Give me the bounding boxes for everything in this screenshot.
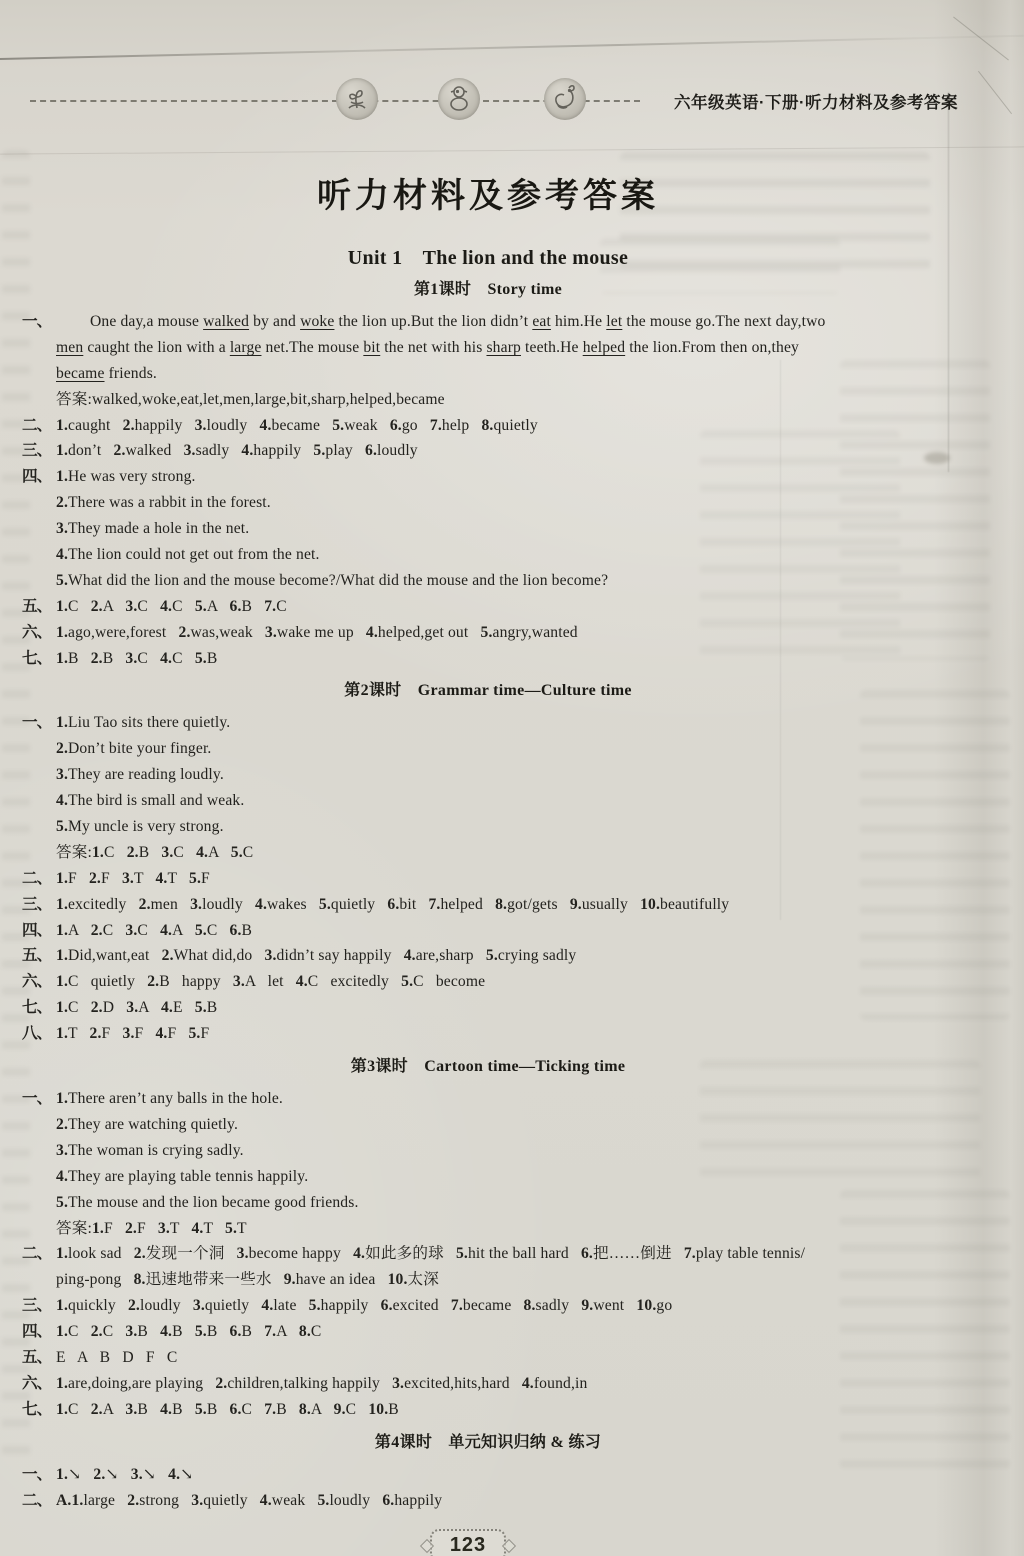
answer-line: 三、1.don’t 2.walked 3.sadly 4.happily 5.p… [22, 438, 954, 464]
section-marker: 一、 [22, 1086, 56, 1112]
answer-line: 五、1.Did,want,eat 2.What did,do 3.didn’t … [22, 943, 954, 969]
answer-text: men caught the lion with a large net.The… [56, 335, 799, 361]
section-marker: 五、 [22, 594, 56, 620]
answer-line: 5.What did the lion and the mouse become… [22, 568, 954, 594]
section-marker: 七、 [22, 995, 56, 1021]
answer-text: 1.don’t 2.walked 3.sadly 4.happily 5.pla… [56, 438, 418, 464]
answer-text: 4.The bird is small and weak. [56, 788, 244, 814]
answer-line: 二、A.1.large 2.strong 3.quietly 4.weak 5.… [22, 1488, 954, 1514]
running-head: 六年级英语·下册·听力材料及参考答案 [674, 89, 958, 113]
section-marker: 七、 [22, 646, 56, 672]
answer-text: 1.Liu Tao sits there quietly. [56, 710, 230, 736]
section-marker: 四、 [22, 1319, 56, 1345]
answer-line: 3.The woman is crying sadly. [22, 1138, 954, 1164]
page-header: 六年级英语·下册·听力材料及参考答案 [0, 78, 1024, 124]
section-marker: 五、 [22, 1345, 56, 1371]
answer-text: 1.excitedly 2.men 3.loudly 4.wakes 5.qui… [56, 892, 729, 918]
answer-line: 七、1.C 2.A 3.B 4.B 5.B 6.C 7.B 8.A 9.C 10… [22, 1397, 954, 1423]
answer-line: men caught the lion with a large net.The… [22, 335, 954, 361]
answer-line: 2.They are watching quietly. [22, 1112, 954, 1138]
answer-text: 1.F 2.F 3.T 4.T 5.F [56, 866, 210, 892]
answer-text: 1.T 2.F 3.F 4.F 5.F [56, 1021, 209, 1047]
answer-line: 2.Don’t bite your finger. [22, 736, 954, 762]
answer-line: 5.My uncle is very strong. [22, 814, 954, 840]
section-marker: 一、 [22, 309, 56, 335]
answer-line: 六、1.C quietly 2.B happy 3.A let 4.C exci… [22, 969, 954, 995]
answer-text: 1.caught 2.happily 3.loudly 4.became 5.w… [56, 413, 538, 439]
flower-stamp-icon [336, 78, 378, 120]
section-marker: 八、 [22, 1021, 56, 1047]
answer-line: 答案:1.F 2.F 3.T 4.T 5.T [22, 1216, 954, 1242]
answer-text: 答案:1.C 2.B 3.C 4.A 5.C [56, 840, 253, 866]
answer-text: 3.They are reading loudly. [56, 762, 224, 788]
answer-line: 4.The bird is small and weak. [22, 788, 954, 814]
section-marker: 二、 [22, 1488, 56, 1514]
section-marker: 三、 [22, 892, 56, 918]
answer-line: 一、1.Liu Tao sits there quietly. [22, 710, 954, 736]
section-marker: 三、 [22, 1293, 56, 1319]
answer-line: 四、1.He was very strong. [22, 464, 954, 490]
answer-text: 5.My uncle is very strong. [56, 814, 224, 840]
answer-text: 2.There was a rabbit in the forest. [56, 490, 271, 516]
answer-text: 1.He was very strong. [56, 464, 196, 490]
answer-line: 六、1.ago,were,forest 2.was,weak 3.wake me… [22, 620, 954, 646]
lesson-heading: 第3课时 Cartoon time—Ticking time [22, 1053, 954, 1076]
answer-text: 1.C 2.D 3.A 4.E 5.B [56, 995, 217, 1021]
answer-line: 二、1.F 2.F 3.T 4.T 5.F [22, 866, 954, 892]
section-marker: 六、 [22, 620, 56, 646]
answer-text: 1.↘ 2.↘ 3.↘ 4.↘ [56, 1462, 193, 1488]
lesson-heading: 第4课时 单元知识归纳 & 练习 [22, 1429, 954, 1452]
answer-line: 八、1.T 2.F 3.F 4.F 5.F [22, 1021, 954, 1047]
answer-line: 四、1.A 2.C 3.C 4.A 5.C 6.B [22, 918, 954, 944]
answer-line: 二、1.caught 2.happily 3.loudly 4.became 5… [22, 413, 954, 439]
answer-line: 三、1.quickly 2.loudly 3.quietly 4.late 5.… [22, 1293, 954, 1319]
lesson-heading: 第2课时 Grammar time—Culture time [22, 677, 954, 700]
answer-text: 4.The lion could not get out from the ne… [56, 542, 320, 568]
section-marker: 六、 [22, 969, 56, 995]
unit-title: Unit 1 The lion and the mouse [22, 241, 954, 270]
answer-text: 答案:1.F 2.F 3.T 4.T 5.T [56, 1216, 247, 1242]
answer-text: 1.look sad 2.发现一个洞 3.become happy 4.如此多的… [56, 1241, 805, 1267]
answer-line: 3.They made a hole in the net. [22, 516, 954, 542]
answer-text: 3.The woman is crying sadly. [56, 1138, 244, 1164]
answer-line: ping-pong 8.迅速地带来一些水 9.have an idea 10.太… [22, 1267, 954, 1293]
section-marker: 四、 [22, 464, 56, 490]
answer-text: 1.B 2.B 3.C 4.C 5.B [56, 646, 217, 672]
section-marker: 五、 [22, 943, 56, 969]
answer-text: 1.ago,were,forest 2.was,weak 3.wake me u… [56, 620, 578, 646]
lesson-heading: 第1课时 Story time [22, 276, 954, 299]
answer-text: One day,a mouse walked by and woke the l… [56, 309, 825, 335]
answer-line: 3.They are reading loudly. [22, 762, 954, 788]
section-marker: 二、 [22, 1241, 56, 1267]
answer-line: 5.The mouse and the lion became good fri… [22, 1190, 954, 1216]
answer-text: 答案:walked,woke,eat,let,men,large,bit,sha… [56, 387, 445, 413]
answer-text: E A B D F C [56, 1345, 177, 1371]
answer-text: 4.They are playing table tennis happily. [56, 1164, 308, 1190]
answer-text: 1.A 2.C 3.C 4.A 5.C 6.B [56, 918, 252, 944]
answer-text: 5.What did the lion and the mouse become… [56, 568, 608, 594]
answer-line: 二、1.look sad 2.发现一个洞 3.become happy 4.如此… [22, 1241, 954, 1267]
answer-line: became friends. [22, 361, 954, 387]
chick-stamp-icon [438, 78, 480, 120]
answer-line: 七、1.B 2.B 3.C 4.C 5.B [22, 646, 954, 672]
section-marker: 七、 [22, 1397, 56, 1423]
page-number: 123 [450, 1534, 486, 1556]
section-marker: 一、 [22, 1462, 56, 1488]
answer-text: ping-pong 8.迅速地带来一些水 9.have an idea 10.太… [56, 1267, 439, 1293]
answer-text: A.1.large 2.strong 3.quietly 4.weak 5.lo… [56, 1488, 442, 1514]
answer-line: 四、1.C 2.C 3.B 4.B 5.B 6.B 7.A 8.C [22, 1319, 954, 1345]
answer-text: 3.They made a hole in the net. [56, 516, 249, 542]
answer-text: 1.C 2.A 3.C 4.C 5.A 6.B 7.C [56, 594, 287, 620]
answer-text: 1.Did,want,eat 2.What did,do 3.didn’t sa… [56, 943, 576, 969]
answer-sheet: 听力材料及参考答案 Unit 1 The lion and the mouse … [22, 132, 954, 1556]
answer-text: 2.They are watching quietly. [56, 1112, 238, 1138]
answer-text: 5.The mouse and the lion became good fri… [56, 1190, 359, 1216]
section-marker: 二、 [22, 413, 56, 439]
page-number-ornament-left-icon [420, 1539, 434, 1553]
answer-line: 五、1.C 2.A 3.C 4.C 5.A 6.B 7.C [22, 594, 954, 620]
answer-line: 4.The lion could not get out from the ne… [22, 542, 954, 568]
section-marker: 一、 [22, 710, 56, 736]
sections-container: 第1课时 Story time一、One day,a mouse walked … [22, 276, 954, 1513]
answer-line: 六、1.are,doing,are playing 2.children,tal… [22, 1371, 954, 1397]
answer-line: 五、E A B D F C [22, 1345, 954, 1371]
section-marker: 六、 [22, 1371, 56, 1397]
page-number-badge: 123 [430, 1529, 506, 1556]
section-marker: 二、 [22, 866, 56, 892]
section-marker: 四、 [22, 918, 56, 944]
answer-line: 4.They are playing table tennis happily. [22, 1164, 954, 1190]
answer-text: 1.are,doing,are playing 2.children,talki… [56, 1371, 587, 1397]
answer-text: 1.C quietly 2.B happy 3.A let 4.C excite… [56, 969, 485, 995]
answer-line: 一、1.There aren’t any balls in the hole. [22, 1086, 954, 1112]
answer-text: 1.C 2.C 3.B 4.B 5.B 6.B 7.A 8.C [56, 1319, 321, 1345]
rooster-stamp-icon [544, 78, 586, 120]
answer-text: 1.There aren’t any balls in the hole. [56, 1086, 283, 1112]
answer-text: became friends. [56, 361, 157, 387]
page-title: 听力材料及参考答案 [22, 168, 954, 217]
section-marker: 三、 [22, 438, 56, 464]
answer-line: 三、1.excitedly 2.men 3.loudly 4.wakes 5.q… [22, 892, 954, 918]
answer-line: 七、1.C 2.D 3.A 4.E 5.B [22, 995, 954, 1021]
page-number-ornament-right-icon [502, 1539, 516, 1553]
answer-line: 一、1.↘ 2.↘ 3.↘ 4.↘ [22, 1462, 954, 1488]
answer-line: 答案:1.C 2.B 3.C 4.A 5.C [22, 840, 954, 866]
answer-text: 1.quickly 2.loudly 3.quietly 4.late 5.ha… [56, 1293, 672, 1319]
answer-line: 一、One day,a mouse walked by and woke the… [22, 309, 954, 335]
answer-line: 答案:walked,woke,eat,let,men,large,bit,sha… [22, 387, 954, 413]
answer-text: 1.C 2.A 3.B 4.B 5.B 6.C 7.B 8.A 9.C 10.B [56, 1397, 399, 1423]
answer-line: 2.There was a rabbit in the forest. [22, 490, 954, 516]
answer-text: 2.Don’t bite your finger. [56, 736, 211, 762]
